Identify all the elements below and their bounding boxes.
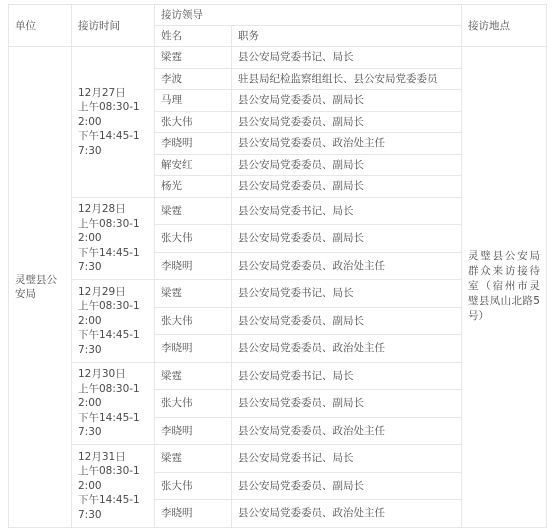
leader-role: 县公安局党委委员、政治处主任 (232, 335, 462, 363)
leader-name: 李波 (155, 68, 232, 90)
leader-role: 县公安局党委书记、局长 (232, 362, 462, 390)
date: 12月28日 (78, 202, 148, 217)
header-role: 职务 (232, 26, 462, 47)
leader-role: 县公安局党委书记、局长 (232, 197, 462, 225)
leader-role: 县公安局党委委员、政治处主任 (232, 500, 462, 528)
leader-role: 县公安局党委委员、副局长 (232, 472, 462, 500)
leader-name: 梁霆 (155, 445, 232, 473)
leader-role: 县公安局党委委员、政治处主任 (232, 417, 462, 445)
leader-role: 县公安局党委委员、副局长 (232, 307, 462, 335)
header-place: 接访地点 (462, 5, 547, 47)
leader-name: 张大伟 (155, 390, 232, 418)
leader-name: 李晓明 (155, 252, 232, 280)
leader-name: 梁霆 (155, 47, 232, 69)
header-name: 姓名 (155, 26, 232, 47)
leader-name: 张大伟 (155, 472, 232, 500)
pm-slot: 下午14:45-17:30 (78, 411, 148, 440)
leader-role: 县公安局党委委员、副局长 (232, 90, 462, 112)
leader-name: 解安红 (155, 154, 232, 176)
time-cell: 12月30日 上午08:30-12:00 下午14:45-17:30 (72, 362, 155, 445)
header-unit: 单位 (9, 5, 72, 47)
time-cell: 12月28日 上午08:30-12:00 下午14:45-17:30 (72, 197, 155, 280)
leader-role: 县公安局党委委员、副局长 (232, 154, 462, 176)
pm-slot: 下午14:45-17:30 (78, 493, 148, 522)
reception-schedule-table: 单位 接访时间 接访领导 接访地点 姓名 职务 灵璧县公安局 12月27日 上午… (8, 4, 547, 528)
header-row: 单位 接访时间 接访领导 接访地点 (9, 5, 547, 26)
time-cell: 12月27日 上午08:30-12:00 下午14:45-17:30 (72, 47, 155, 198)
leader-name: 杨光 (155, 176, 232, 198)
am-slot: 上午08:30-12:00 (78, 464, 148, 493)
leader-role: 驻县局纪检监察组组长、县公安局党委委员 (232, 68, 462, 90)
am-slot: 上午08:30-12:00 (78, 382, 148, 411)
leader-name: 张大伟 (155, 225, 232, 253)
date: 12月27日 (78, 86, 148, 101)
leader-role: 县公安局党委委员、副局长 (232, 225, 462, 253)
leader-name: 李晓明 (155, 133, 232, 155)
leader-role: 县公安局党委书记、局长 (232, 445, 462, 473)
header-leader-group: 接访领导 (155, 5, 462, 26)
leader-name: 李晓明 (155, 500, 232, 528)
leader-role: 县公安局党委书记、局长 (232, 47, 462, 69)
leader-role: 县公安局党委委员、副局长 (232, 390, 462, 418)
pm-slot: 下午14:45-17:30 (78, 328, 148, 357)
leader-role: 县公安局党委委员、政治处主任 (232, 252, 462, 280)
am-slot: 上午08:30-12:00 (78, 100, 148, 129)
leader-role: 县公安局党委委员、副局长 (232, 111, 462, 133)
am-slot: 上午08:30-12:00 (78, 217, 148, 246)
time-cell: 12月31日 上午08:30-12:00 下午14:45-17:30 (72, 445, 155, 528)
leader-role: 县公安局党委委员、政治处主任 (232, 133, 462, 155)
pm-slot: 下午14:45-17:30 (78, 129, 148, 158)
leader-name: 梁霆 (155, 280, 232, 308)
table-row: 灵璧县公安局 12月27日 上午08:30-12:00 下午14:45-17:3… (9, 47, 547, 69)
unit-cell: 灵璧县公安局 (9, 47, 72, 528)
time-cell: 12月29日 上午08:30-12:00 下午14:45-17:30 (72, 280, 155, 363)
date: 12月30日 (78, 367, 148, 382)
leader-name: 张大伟 (155, 307, 232, 335)
leader-name: 李晓明 (155, 417, 232, 445)
date: 12月31日 (78, 450, 148, 465)
place-cell: 灵璧县公安局群众来访接待室（宿州市灵璧县凤山北路5号） (462, 47, 547, 528)
leader-name: 梁霆 (155, 362, 232, 390)
pm-slot: 下午14:45-17:30 (78, 246, 148, 275)
date: 12月29日 (78, 285, 148, 300)
leader-name: 梁霆 (155, 197, 232, 225)
header-time: 接访时间 (72, 5, 155, 47)
leader-role: 县公安局党委书记、局长 (232, 280, 462, 308)
am-slot: 上午08:30-12:00 (78, 299, 148, 328)
leader-name: 张大伟 (155, 111, 232, 133)
leader-name: 李晓明 (155, 335, 232, 363)
leader-name: 马理 (155, 90, 232, 112)
leader-role: 县公安局党委委员、副局长 (232, 176, 462, 198)
